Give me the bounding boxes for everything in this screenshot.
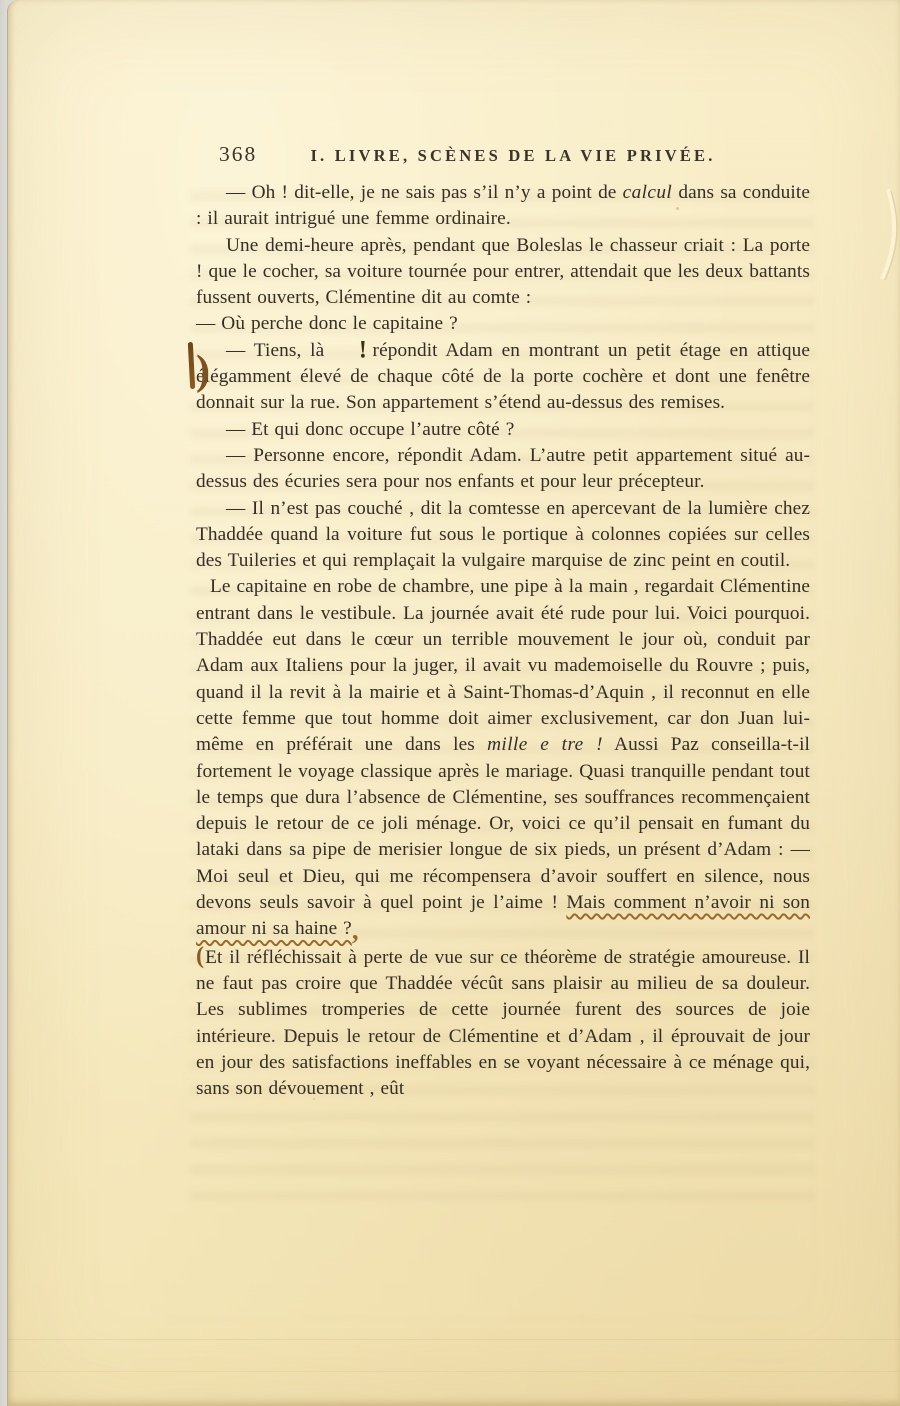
paragraph-text: — Personne encore, répondit Adam. L’autr…: [196, 445, 810, 492]
book-page: 368 I. LIVRE, SCÈNES DE LA VIE PRIVÉE. —…: [7, 0, 900, 1406]
running-title: I. LIVRE, SCÈNES DE LA VIE PRIVÉE.: [218, 146, 808, 166]
margin-pen-mark: ): [180, 341, 220, 403]
paragraph-text: Et il réfléchissait à perte de vue sur c…: [196, 947, 810, 1099]
paragraph-text: — Oh ! dit-elle, je ne sais pas s’il n’y…: [226, 182, 623, 203]
paragraph-text: — Où perche donc le capitaine ?: [196, 313, 458, 334]
text-block: — Oh ! dit-elle, je ne sais pas s’il n’y…: [196, 180, 810, 1102]
pen-stroke-paren: ): [196, 350, 210, 392]
scan-background: { "page": { "number": "368", "running_ti…: [0, 0, 900, 1406]
paragraph-text: — Tiens, là: [226, 340, 324, 361]
paragraph-dialogue-oh: — Oh ! dit-elle, je ne sais pas s’il n’y…: [196, 180, 810, 233]
paper-crease-line: [8, 1371, 900, 1372]
pen-exclamation-mark: !: [322, 334, 368, 368]
italic-word: calcul: [623, 182, 673, 203]
paper-crease: [864, 185, 900, 289]
paragraph-ou-perche: — Où perche donc le capitaine ?: [196, 311, 810, 337]
scanner-edge-strip: [0, 0, 7, 1406]
paper-speck: [785, 744, 788, 746]
paragraph-demi-heure: Une demi-heure après, pendant que Bolesl…: [196, 233, 810, 312]
paper-speck: [676, 207, 679, 210]
paragraph-et-il-reflechissait: (Et il réfléchissait à perte de vue sur …: [196, 943, 810, 1103]
paragraph-tiens-la: — Tiens, là! répondit Adam en montrant u…: [196, 338, 810, 417]
pen-underline-tail-mark: ,: [352, 915, 359, 945]
paragraph-text: Aussi Paz conseilla-t-il fortement le vo…: [196, 734, 810, 913]
paragraph-autre-cote: — Et qui donc occupe l’autre côté ?: [196, 417, 810, 443]
paragraph-text: Le capitaine en robe de chambre, une pip…: [196, 576, 810, 755]
paper-speck: [313, 1098, 315, 1100]
paragraph-text: — Il n’est pas couché , dit la comtesse …: [196, 498, 810, 572]
paragraph-le-capitaine: Le capitaine en robe de chambre, une pip…: [196, 574, 810, 942]
paragraph-pas-couche: — Il n’est pas couché , dit la comtesse …: [196, 496, 810, 575]
pen-open-paren-mark: (: [196, 943, 204, 969]
pen-stroke-bar: [188, 342, 195, 389]
paragraph-personne-encore: — Personne encore, répondit Adam. L’autr…: [196, 443, 810, 496]
paragraph-text: — Et qui donc occupe l’autre côté ?: [226, 419, 514, 440]
paragraph-text: Une demi-heure après, pendant que Bolesl…: [196, 235, 810, 309]
italic-phrase: mille e tre !: [487, 734, 603, 755]
paper-crease-line: [8, 1339, 900, 1340]
